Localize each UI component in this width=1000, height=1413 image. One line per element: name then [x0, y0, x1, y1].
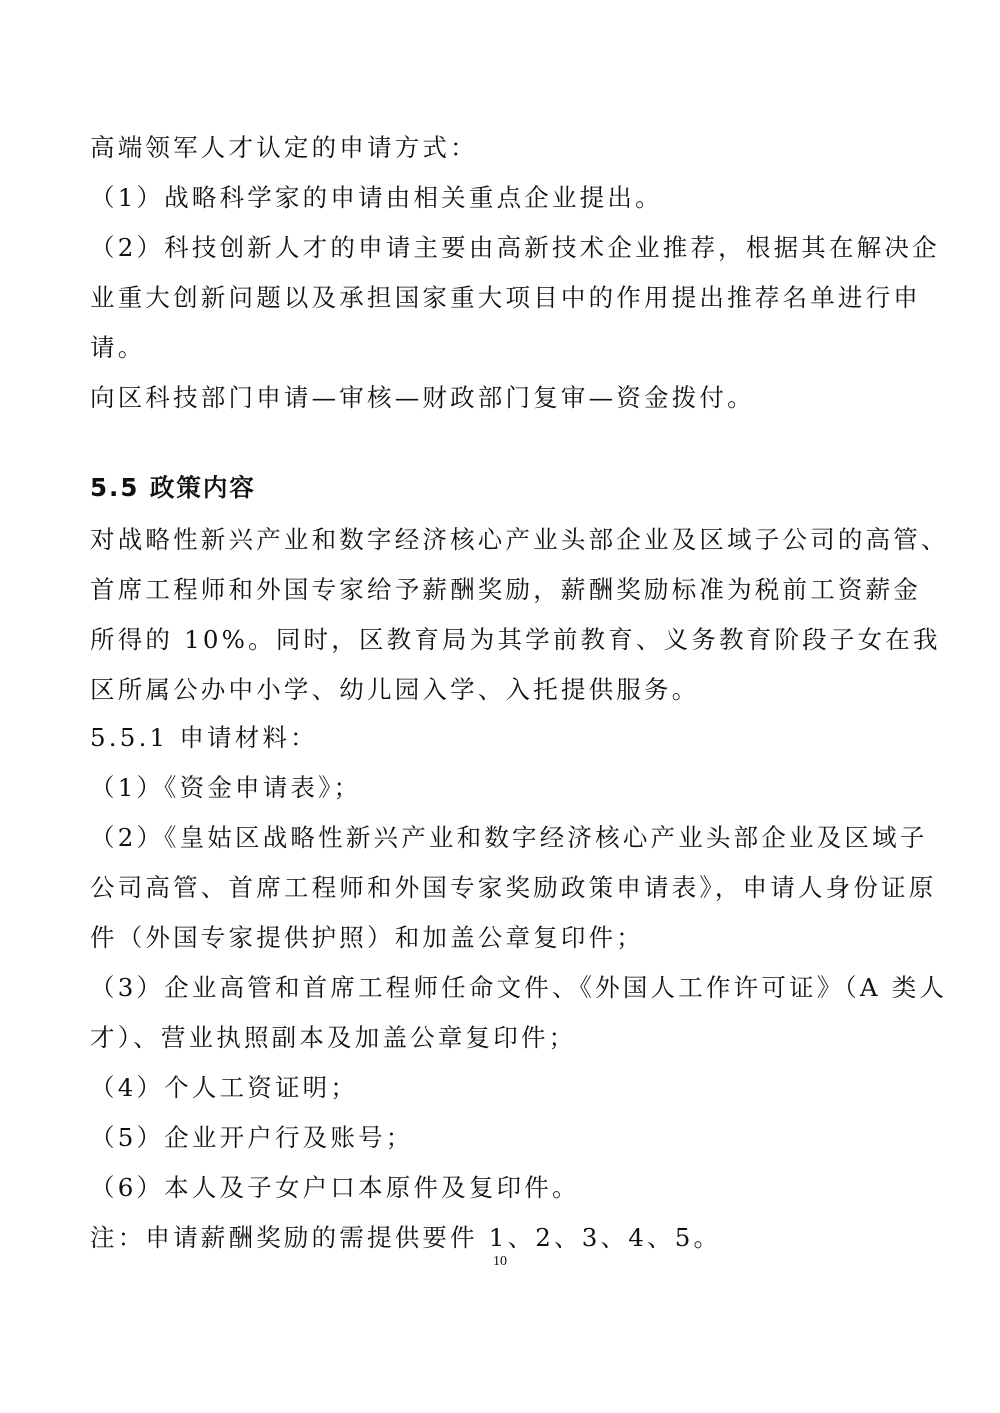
policy-paragraph-line: 首席工程师和外国专家给予薪酬奖励，薪酬奖励标准为税前工资薪金 [90, 574, 921, 606]
policy-paragraph-line: 所得的 10%。同时，区教育局为其学前教育、义务教育阶段子女在我 [90, 624, 941, 656]
material-item-cont: 公司高管、首席工程师和外国专家奖励政策申请表》，申请人身份证原 [90, 872, 936, 904]
application-method-item-1: （1）战略科学家的申请由相关重点企业提出。 [90, 182, 663, 214]
note-text: 注：申请薪酬奖励的需提供要件 1、2、3、4、5。 [90, 1222, 721, 1254]
application-method-item-2-cont: 业重大创新问题以及承担国家重大项目中的作用提出推荐名单进行申 [90, 282, 921, 314]
policy-paragraph-line: 区所属公办中小学、幼儿园入学、入托提供服务。 [90, 674, 699, 706]
application-method-intro: 高端领军人才认定的申请方式： [90, 132, 478, 164]
application-method-item-2: （2）科技创新人才的申请主要由高新技术企业推荐，根据其在解决企 [90, 232, 940, 264]
application-process-flow: 向区科技部门申请—审核—财政部门复审—资金拨付。 [90, 382, 755, 414]
material-item: （4）个人工资证明； [90, 1072, 358, 1104]
subsection-heading-5-5-1: 5.5.1 申请材料： [90, 722, 318, 754]
material-item-cont: 件（外国专家提供护照）和加盖公章复印件； [90, 922, 644, 954]
material-item-cont: 才）、营业执照副本及加盖公章复印件； [90, 1022, 576, 1054]
material-item: （1）《资金申请表》； [90, 772, 361, 804]
application-method-item-2-end: 请。 [90, 332, 145, 364]
policy-paragraph-line: 对战略性新兴产业和数字经济核心产业头部企业及区域子公司的高管、 [90, 524, 949, 556]
material-item: （3）企业高管和首席工程师任命文件、《外国人工作许可证》（A 类人 [90, 972, 947, 1004]
material-item: （2）《皇姑区战略性新兴产业和数字经济核心产业头部企业及区域子 [90, 822, 928, 854]
section-heading-5-5: 5.5 政策内容 [90, 472, 256, 504]
page-number: 10 [0, 1254, 1000, 1270]
material-item: （5）企业开户行及账号； [90, 1122, 414, 1154]
material-item: （6）本人及子女户口本原件及复印件。 [90, 1172, 580, 1204]
